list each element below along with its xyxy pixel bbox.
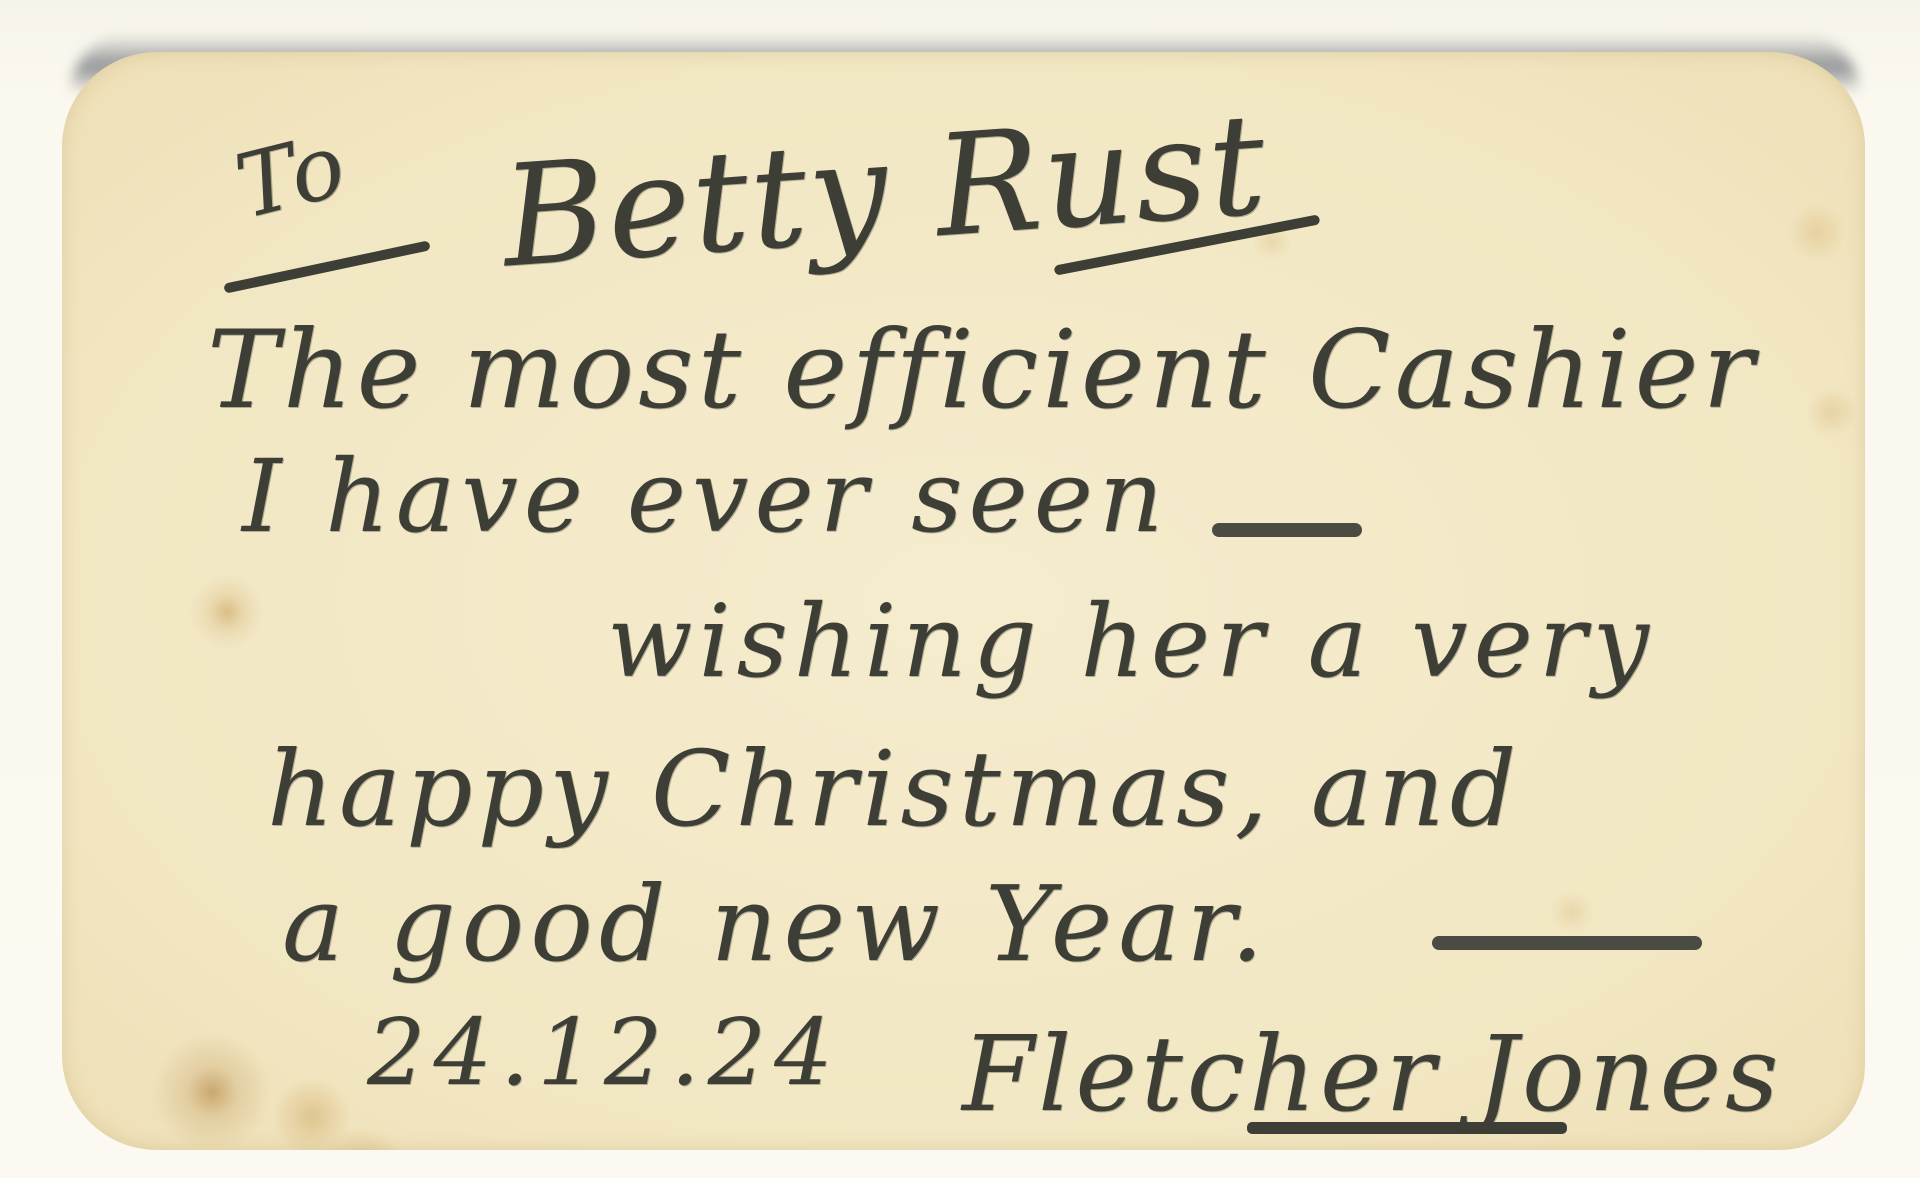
handwritten-card: To Betty Rust The most efficient Cashier… <box>62 52 1865 1150</box>
scanned-page: To Betty Rust The most efficient Cashier… <box>0 0 1920 1178</box>
card-date: 24.12.24 <box>367 1007 841 1099</box>
body-line-2: I have ever seen <box>242 447 1169 547</box>
signature-underline <box>1247 1122 1567 1134</box>
body-line-5-dash <box>1432 936 1702 950</box>
signature: Fletcher Jones <box>962 1022 1783 1126</box>
body-line-5: a good new Year. <box>282 872 1270 976</box>
body-line-3: wishing her a very <box>607 592 1655 692</box>
salutation-prefix-underline <box>223 240 430 293</box>
body-line-2-dash <box>1212 523 1362 537</box>
body-line-1: The most efficient Cashier <box>207 317 1758 425</box>
recipient-name: Betty Rust <box>498 95 1271 288</box>
salutation-prefix: To <box>228 120 355 232</box>
body-line-4: happy Christmas, and <box>267 737 1521 841</box>
